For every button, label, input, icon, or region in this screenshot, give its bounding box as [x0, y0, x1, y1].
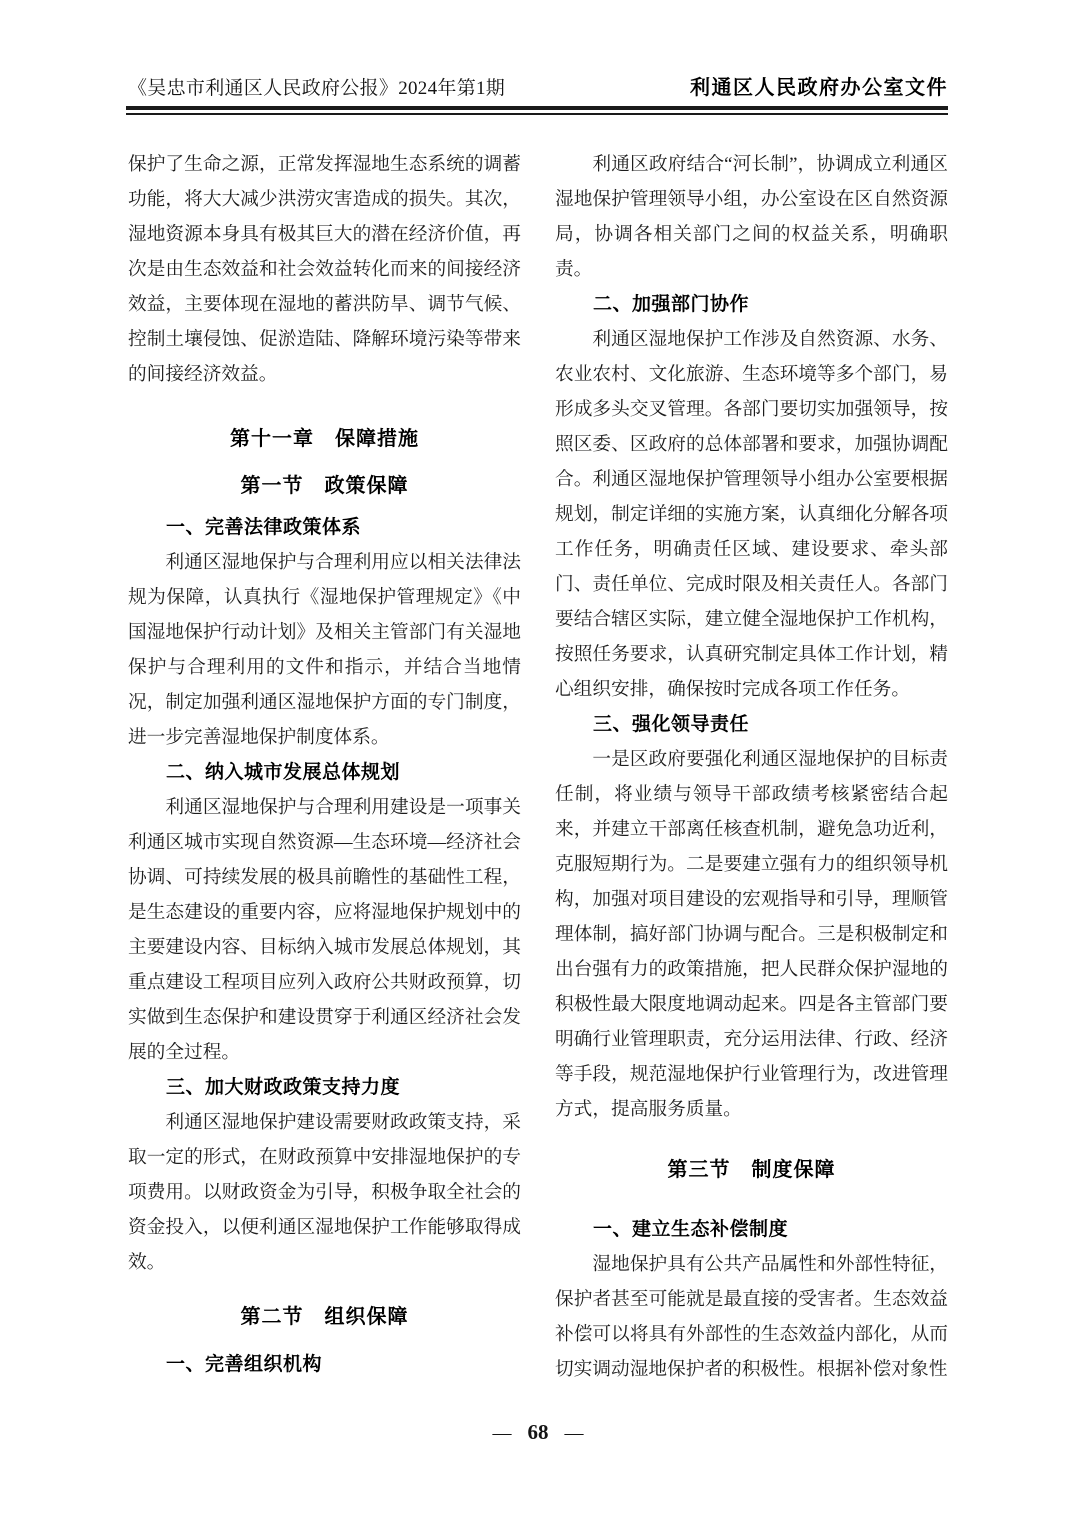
section-heading-institution: 第三节 制度保障 — [555, 1153, 948, 1188]
header-divider-rule — [126, 106, 948, 115]
paragraph: 利通区湿地保护工作涉及自然资源、水务、农业农村、文化旅游、生态环境等多个部门，易… — [555, 322, 948, 707]
chapter-heading: 第十一章 保障措施 — [128, 422, 521, 457]
content-columns: 保护了生命之源，正常发挥湿地生态系统的调蓄功能，将大大减少洪涝灾害造成的损失。其… — [128, 147, 948, 1387]
paragraph: 湿地保护具有公共产品属性和外部性特征，保护者甚至可能就是最直接的受害者。生态效益… — [555, 1247, 948, 1387]
sub-heading-legal-policy: 一、完善法律政策体系 — [128, 510, 521, 545]
document-page: 《吴忠市利通区人民政府公报》2024年第1期 利通区人民政府办公室文件 保护了生… — [0, 0, 1074, 1520]
paragraph: 利通区湿地保护与合理利用建设是一项事关利通区城市实现自然资源—生态环境—经济社会… — [128, 790, 521, 1070]
document-source-label: 利通区人民政府办公室文件 — [690, 74, 948, 102]
section-heading-policy: 第一节 政策保障 — [128, 469, 521, 504]
right-column: 利通区政府结合“河长制”，协调成立利通区湿地保护管理领导小组，办公室设在区自然资… — [555, 147, 948, 1387]
paragraph: 利通区湿地保护与合理利用应以相关法律法规为保障，认真执行《湿地保护管理规定》《中… — [128, 545, 521, 755]
sub-heading-fiscal-policy: 三、加大财政政策支持力度 — [128, 1070, 521, 1105]
paragraph: 一是区政府要强化利通区湿地保护的目标责任制，将业绩与领导干部政绩考核紧密结合起来… — [555, 742, 948, 1127]
footer-dash-right: — — [565, 1423, 584, 1444]
sub-heading-organization-structure: 一、完善组织机构 — [128, 1347, 521, 1382]
gazette-title: 《吴忠市利通区人民政府公报》2024年第1期 — [128, 75, 505, 103]
left-column: 保护了生命之源，正常发挥湿地生态系统的调蓄功能，将大大减少洪涝灾害造成的损失。其… — [128, 147, 521, 1387]
page-number: 68 — [528, 1420, 549, 1444]
sub-heading-urban-planning: 二、纳入城市发展总体规划 — [128, 755, 521, 790]
page-header: 《吴忠市利通区人民政府公报》2024年第1期 利通区人民政府办公室文件 — [128, 74, 948, 103]
paragraph: 利通区湿地保护建设需要财政政策支持，采取一定的形式，在财政预算中安排湿地保护的专… — [128, 1105, 521, 1280]
section-heading-organization: 第二节 组织保障 — [128, 1300, 521, 1335]
paragraph-continuation: 保护了生命之源，正常发挥湿地生态系统的调蓄功能，将大大减少洪涝灾害造成的损失。其… — [128, 147, 521, 392]
footer-dash-left: — — [493, 1423, 512, 1444]
page-footer: —68— — [128, 1415, 948, 1451]
paragraph: 利通区政府结合“河长制”，协调成立利通区湿地保护管理领导小组，办公室设在区自然资… — [555, 147, 948, 287]
sub-heading-department-cooperation: 二、加强部门协作 — [555, 287, 948, 322]
sub-heading-leadership-responsibility: 三、强化领导责任 — [555, 707, 948, 742]
sub-heading-eco-compensation: 一、建立生态补偿制度 — [555, 1212, 948, 1247]
